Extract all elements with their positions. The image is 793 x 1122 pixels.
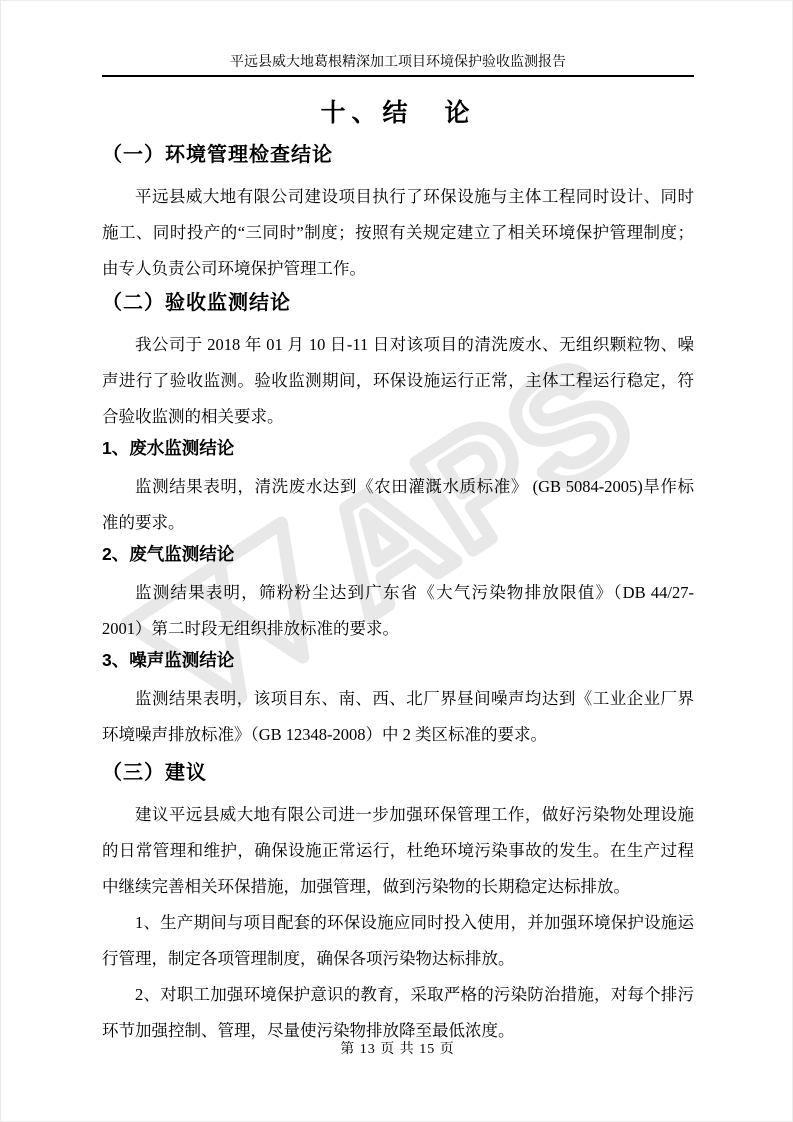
page-header: 平远县威大地葛根精深加工项目环境保护验收监测报告	[102, 54, 694, 77]
paragraph: 我公司于 2018 年 01 月 10 日-11 日对该项目的清洗废水、无组织颗…	[102, 327, 694, 435]
subsection-heading-wastewater: 1、废水监测结论	[102, 435, 694, 461]
subsection-heading-exhaust-gas: 2、废气监测结论	[102, 541, 694, 567]
paragraph: 1、生产期间与项目配套的环保设施应同时投入使用，并加强环境保护设施运行管理，制定…	[102, 905, 694, 977]
paragraph: 建议平远县威大地有限公司进一步加强环保管理工作，做好污染物处理设施的日常管理和维…	[102, 797, 694, 905]
section-heading-2: （二）验收监测结论	[102, 289, 694, 317]
document-page: APS 平远县威大地葛根精深加工项目环境保护验收监测报告 十、结 论 （一）环境…	[0, 0, 793, 1122]
document-content: 十、结 论 （一）环境管理检查结论 平远县威大地有限公司建设项目执行了环保设施与…	[102, 89, 694, 1049]
paragraph: 监测结果表明，清洗废水达到《农田灌溉水质标准》 (GB 5084-2005)旱作…	[102, 469, 694, 541]
section-suggestions: （三）建议 建议平远县威大地有限公司进一步加强环保管理工作，做好污染物处理设施的…	[102, 759, 694, 1049]
subsection-heading-noise: 3、噪声监测结论	[102, 647, 694, 673]
paragraph: 监测结果表明，该项目东、南、西、北厂界昼间噪声均达到《工业企业厂界环境噪声排放标…	[102, 681, 694, 753]
section-heading-1: （一）环境管理检查结论	[102, 141, 694, 169]
paragraph: 平远县威大地有限公司建设项目执行了环保设施与主体工程同时设计、同时施工、同时投产…	[102, 179, 694, 287]
page-header-text: 平远县威大地葛根精深加工项目环境保护验收监测报告	[230, 55, 566, 70]
page-title: 十、结 论	[102, 95, 694, 131]
page-footer: 第 13 页 共 15 页	[1, 1042, 793, 1058]
section-environment-management: （一）环境管理检查结论 平远县威大地有限公司建设项目执行了环保设施与主体工程同时…	[102, 141, 694, 287]
paragraph: 2、对职工加强环境保护意识的教育，采取严格的污染防治措施，对每个排污环节加强控制…	[102, 977, 694, 1049]
section-heading-3: （三）建议	[102, 759, 694, 787]
paragraph: 监测结果表明，筛粉粉尘达到广东省《大气污染物排放限值》（DB 44/27-200…	[102, 575, 694, 647]
section-acceptance-monitoring: （二）验收监测结论 我公司于 2018 年 01 月 10 日-11 日对该项目…	[102, 289, 694, 753]
